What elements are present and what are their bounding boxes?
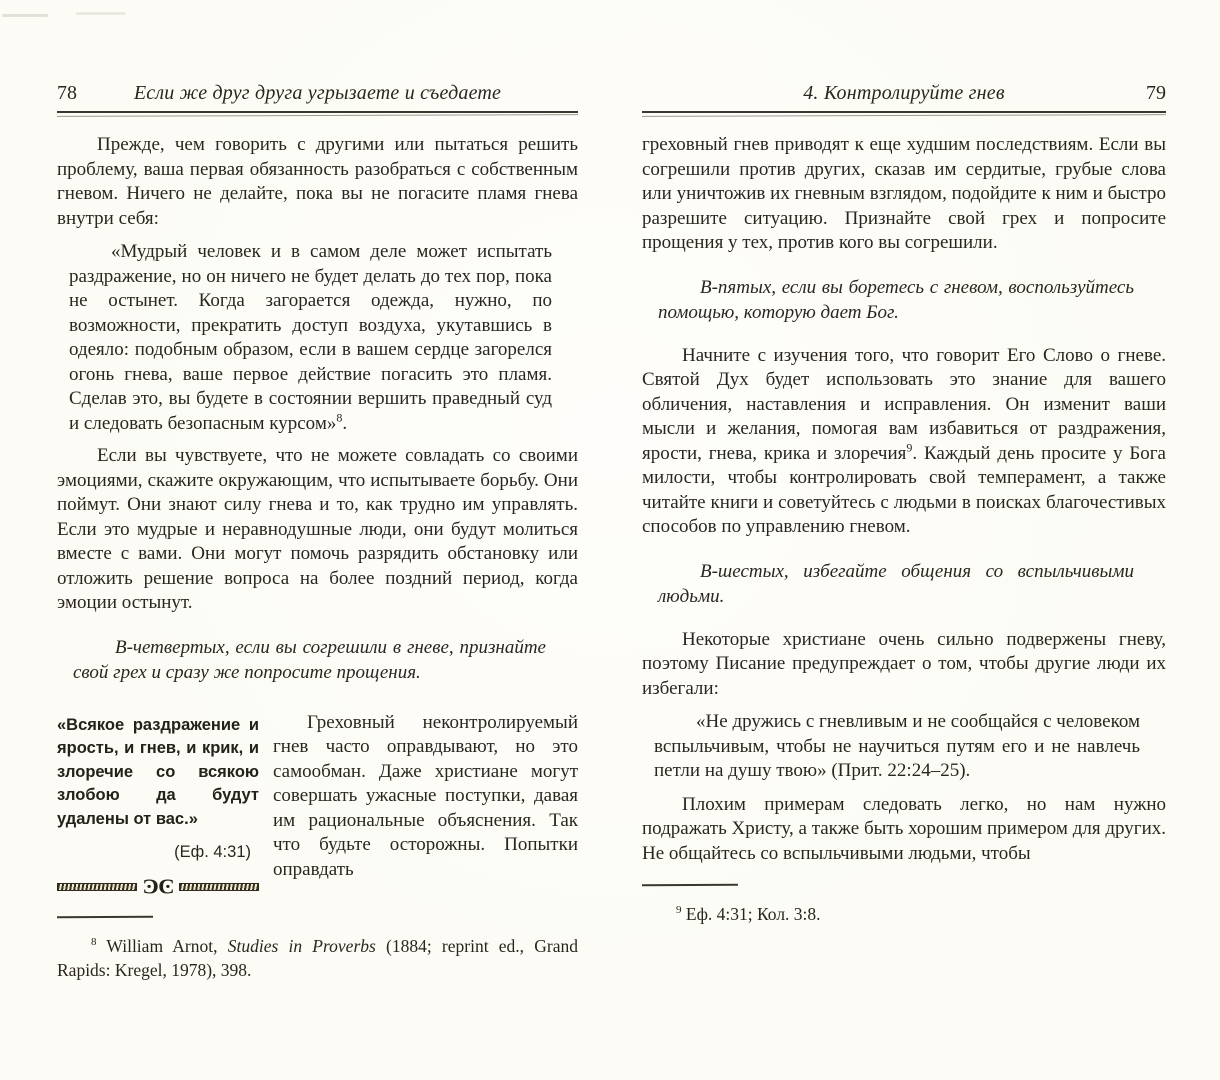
ornament-bar bbox=[179, 883, 259, 891]
text-column: Греховный неконтролируемый гнев часто оп… bbox=[273, 711, 578, 899]
left-running-title: Если же друг друга угрызаете и съедаете bbox=[113, 82, 522, 105]
ornament-bar bbox=[57, 883, 137, 891]
left-page-number: 78 bbox=[57, 82, 113, 105]
ornament-scroll-icon: ϿϾ bbox=[142, 876, 173, 897]
section-subhead: В-четвертых, если вы согрешили в гневе, … bbox=[73, 635, 578, 685]
block-quote: «Мудрый человек и в самом деле может исп… bbox=[69, 240, 578, 436]
two-column-block: «Всякое раздражение и ярость, и гнев, и … bbox=[57, 711, 578, 899]
floral-ornament: ϿϾ bbox=[57, 875, 259, 898]
scan-smudge bbox=[2, 14, 48, 17]
scan-smudge bbox=[76, 12, 126, 15]
block-quote-text: «Мудрый человек и в самом деле может исп… bbox=[69, 241, 552, 434]
paragraph: Прежде, чем говорить с другими или пытат… bbox=[57, 133, 578, 231]
footnote-text: Еф. 4:31; Кол. 3:8. bbox=[686, 904, 821, 924]
book-spread: 78 Если же друг друга угрызаете и съедае… bbox=[0, 0, 1220, 1080]
paragraph: Греховный неконтролируемый гнев часто оп… bbox=[273, 711, 578, 883]
paragraph: Если вы чувствуете, что не можете совлад… bbox=[57, 444, 578, 616]
right-page-header: 4. Контролируйте гнев 79 bbox=[642, 82, 1166, 113]
footnote-book-title: Studies in Proverbs bbox=[228, 936, 376, 956]
footnote-marker: 9 bbox=[676, 904, 682, 916]
pull-quote-reference: (Еф. 4:31) bbox=[57, 843, 251, 862]
block-quote-tail: . bbox=[342, 413, 347, 434]
paragraph: Плохим примерам следовать легко, но нам … bbox=[642, 793, 1166, 867]
footnote-marker: 8 bbox=[91, 936, 97, 948]
footnote: 9 Еф. 4:31; Кол. 3:8. bbox=[642, 902, 1166, 926]
section-subhead: В-пятых, если вы боретесь с гневом, восп… bbox=[658, 275, 1166, 325]
section-subhead: В-шестых, избегайте общения со вспыльчив… bbox=[658, 559, 1166, 609]
right-page-number: 79 bbox=[1110, 82, 1166, 105]
footnote-rule bbox=[57, 916, 153, 919]
pull-quote-column: «Всякое раздражение и ярость, и гнев, и … bbox=[57, 711, 259, 899]
footnote-rule bbox=[642, 884, 738, 887]
footnote-text: William Arnot, bbox=[106, 936, 227, 956]
block-quote: «Не дружись с гневливым и не сообщайся с… bbox=[654, 710, 1166, 784]
paragraph: Некоторые христиане очень сильно подверж… bbox=[642, 628, 1166, 702]
paragraph: Начните с изучения того, что говорит Его… bbox=[642, 344, 1166, 540]
left-page-header: 78 Если же друг друга угрызаете и съедае… bbox=[57, 82, 578, 113]
right-running-title: 4. Контролируйте гнев bbox=[698, 82, 1110, 105]
left-page: 78 Если же друг друга угрызаете и съедае… bbox=[57, 82, 578, 982]
pull-quote: «Всякое раздражение и ярость, и гнев, и … bbox=[57, 714, 259, 832]
right-page: 4. Контролируйте гнев 79 греховный гнев … bbox=[642, 82, 1166, 926]
paragraph: греховный гнев приводят к еще худшим пос… bbox=[642, 133, 1166, 256]
footnote: 8 William Arnot, Studies in Proverbs (18… bbox=[57, 934, 578, 982]
